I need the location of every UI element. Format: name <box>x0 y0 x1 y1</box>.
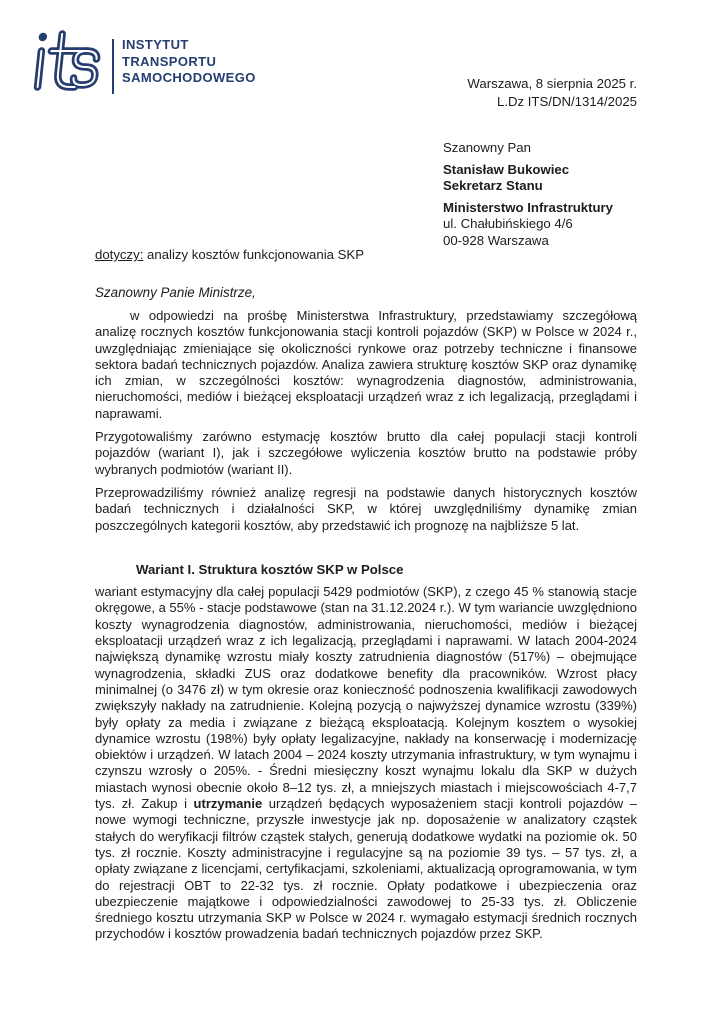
subject-label: dotyczy: <box>95 247 143 262</box>
recipient-organization: Ministerstwo Infrastruktury <box>443 200 613 217</box>
recipient-name: Stanisław Bukowiec <box>443 162 613 179</box>
variant-paragraph-text-2: urządzeń będących wyposażeniem stacji ko… <box>95 796 637 941</box>
institute-line: INSTYTUT <box>122 37 256 54</box>
recipient-street: ul. Chałubińskiego 4/6 <box>443 216 613 233</box>
paragraph-regression: Przeprowadziliśmy również analizę regres… <box>95 485 637 534</box>
dateline: Warszawa, 8 sierpnia 2025 r. L.Dz ITS/DN… <box>467 75 637 110</box>
recipient-salutation: Szanowny Pan <box>443 140 613 157</box>
subject-text: analizy kosztów funkcjonowania SKP <box>147 247 364 262</box>
recipient-block: Szanowny Pan Stanisław Bukowiec Sekretar… <box>443 140 613 249</box>
letterhead: INSTYTUT TRANSPORTU SAMOCHODOWEGO <box>22 26 256 98</box>
letter-body: w odpowiedzi na prośbę Ministerstwa Infr… <box>95 308 637 950</box>
recipient-role: Sekretarz Stanu <box>443 178 613 195</box>
paragraph-variants: Przygotowaliśmy zarówno estymację kosztó… <box>95 429 637 478</box>
its-logo-icon <box>22 26 106 98</box>
place-and-date: Warszawa, 8 sierpnia 2025 r. <box>467 75 637 93</box>
institute-line: TRANSPORTU <box>122 54 256 71</box>
institute-line: SAMOCHODOWEGO <box>122 70 256 87</box>
logo-divider <box>112 39 114 94</box>
institute-name: INSTYTUT TRANSPORTU SAMOCHODOWEGO <box>122 37 256 87</box>
paragraph-intro: w odpowiedzi na prośbę Ministerstwa Infr… <box>95 308 637 422</box>
recipient-city: 00-928 Warszawa <box>443 233 613 250</box>
letter-page: INSTYTUT TRANSPORTU SAMOCHODOWEGO Warsza… <box>0 0 724 1024</box>
variant-paragraph-text-1: wariant estymacyjny dla całej populacji … <box>95 584 637 811</box>
section-heading: Wariant I. Struktura kosztów SKP w Polsc… <box>95 562 637 578</box>
variant-paragraph-bold-word: utrzymanie <box>194 796 263 811</box>
greeting: Szanowny Panie Ministrze, <box>95 285 256 300</box>
paragraph-variant-1: wariant estymacyjny dla całej populacji … <box>95 584 637 943</box>
reference-number: L.Dz ITS/DN/1314/2025 <box>467 93 637 111</box>
subject-line: dotyczy: analizy kosztów funkcjonowania … <box>95 247 364 262</box>
